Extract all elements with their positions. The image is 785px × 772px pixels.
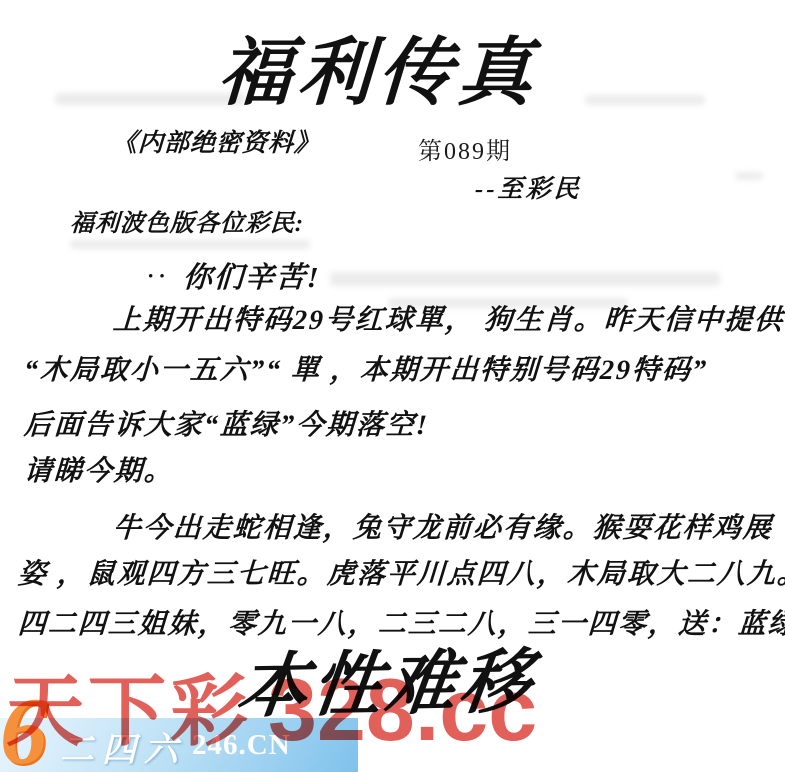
- paragraph1-line4: 请睇今期。: [23, 454, 175, 489]
- paragraph1-line1: 上期开出特码29号红球單， 狗生肖。昨天信中提供: [112, 303, 785, 338]
- addressee-signature: --至彩民: [474, 174, 582, 205]
- fax-document-page: 福利传真 《内部绝密资料》 第089期 --至彩民 福利波色版各位彩民: ·· …: [0, 0, 785, 772]
- salute-line: 你们辛苦!: [182, 260, 321, 296]
- greeting-line: 福利波色版各位彩民:: [69, 209, 305, 239]
- paragraph1-line2: “木局取小一五六”“ 單 ，本期开出特别号码29特码”: [23, 353, 709, 388]
- paragraph2-line1: 牛今出走蛇相逢，兔守龙前必有缘。猴耍花样鸡展: [112, 511, 774, 546]
- scan-smudge: [585, 95, 705, 105]
- ink-dots: ··: [146, 262, 170, 290]
- page-title: 福利传真: [216, 28, 541, 121]
- paragraph2-line3: 四二四三姐妹，零九一八，二三二八，三一四零，送：蓝绿: [17, 607, 785, 642]
- confidential-label: 《内部绝密资料》: [111, 128, 321, 159]
- paragraph1-line3: 后面告诉大家“蓝绿”今期落空!: [23, 408, 430, 443]
- scan-smudge: [735, 172, 763, 180]
- issue-number: 第089期: [418, 131, 512, 166]
- watermark-brand: 天下彩: [6, 672, 252, 750]
- paragraph2-line2: 姿 ，鼠观四方三七旺。虎落平川点四八，木局取大二八九。: [17, 557, 785, 592]
- scan-smudge: [70, 240, 310, 249]
- watermark-site: 328.cc: [268, 666, 537, 754]
- scan-smudge: [330, 272, 720, 286]
